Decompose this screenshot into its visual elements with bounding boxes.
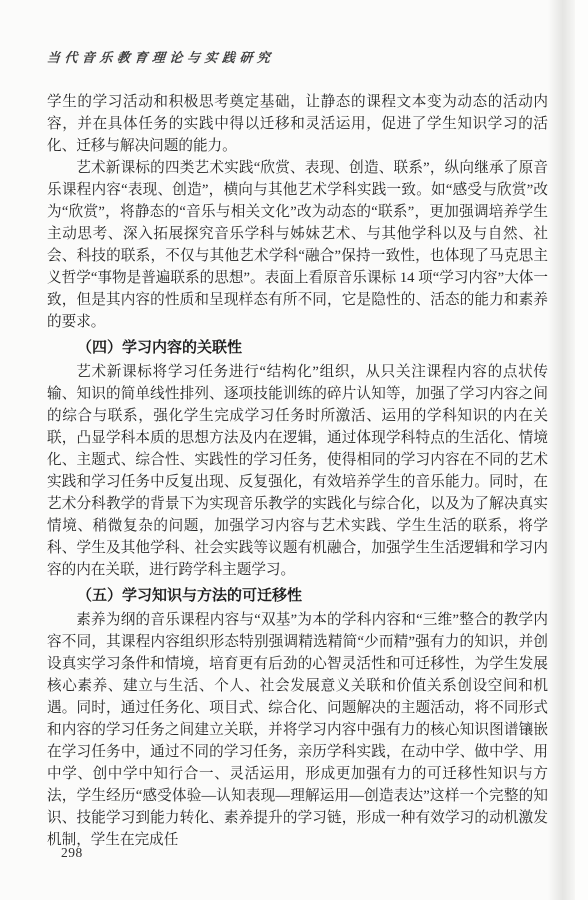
page-edge-margin bbox=[575, 0, 588, 900]
running-title: 当代音乐教育理论与实践研究 bbox=[46, 47, 275, 66]
page-edge-shadow bbox=[548, 0, 575, 900]
running-header: 当代音乐教育理论与实践研究 bbox=[47, 47, 275, 67]
paragraph-2: 艺术新课标的四类艺术实践“欣赏、表现、创造、联系”，纵向继承了原音乐课程内容“表… bbox=[47, 157, 548, 333]
book-page: 当代音乐教育理论与实践研究 学生的学习活动和积极思考奠定基础，让静态的课程文本变… bbox=[0, 0, 588, 900]
page-body: 学生的学习活动和积极思考奠定基础，让静态的课程文本变为动态的活动内容，并在具体任… bbox=[47, 91, 548, 851]
paragraph-3: 艺术新课标将学习任务进行“结构化”组织，从只关注课程内容的点状传输、知识的简单线… bbox=[47, 361, 548, 581]
paragraph-4: 素养为纲的音乐课程内容与“双基”为本的学科内容和“三维”整合的教学内容不同，其课… bbox=[47, 609, 548, 851]
page-footer: 298 bbox=[61, 845, 83, 861]
page-number: 298 bbox=[61, 845, 83, 860]
paragraph-1: 学生的学习活动和积极思考奠定基础，让静态的课程文本变为动态的活动内容，并在具体任… bbox=[47, 91, 548, 157]
section-heading-5: （五）学习知识与方法的可迁移性 bbox=[47, 585, 548, 607]
section-heading-4: （四）学习内容的关联性 bbox=[47, 337, 548, 359]
